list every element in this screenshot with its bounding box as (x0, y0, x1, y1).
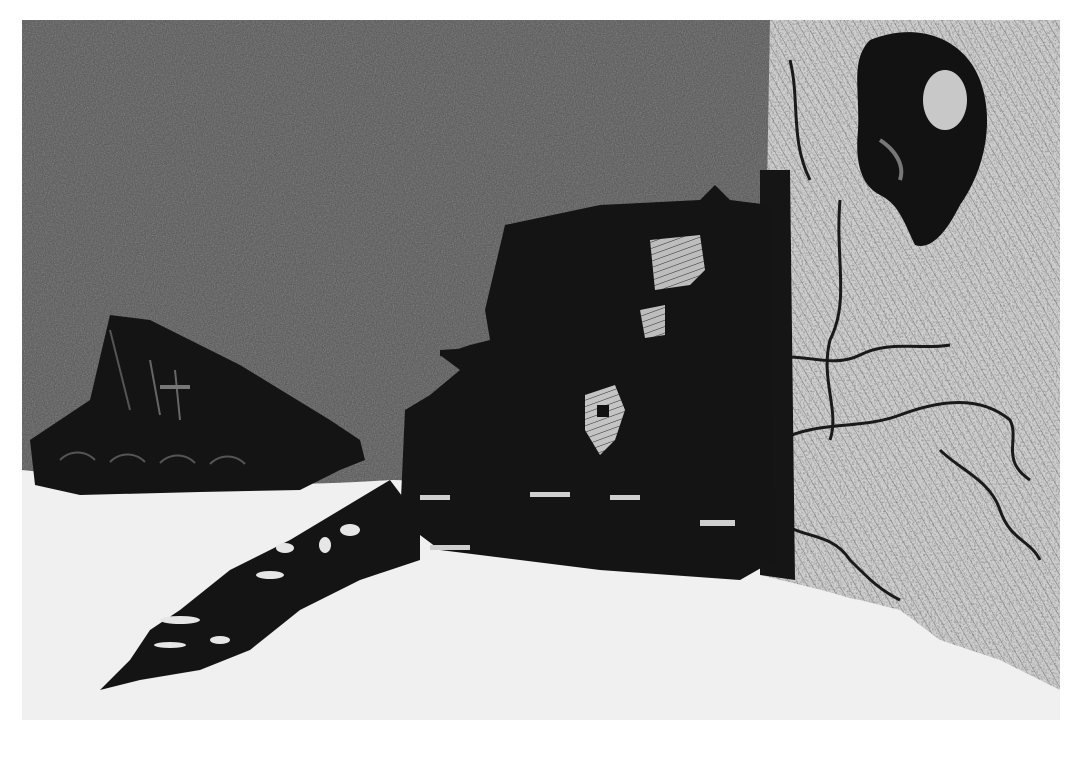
etching-print (0, 0, 1080, 770)
